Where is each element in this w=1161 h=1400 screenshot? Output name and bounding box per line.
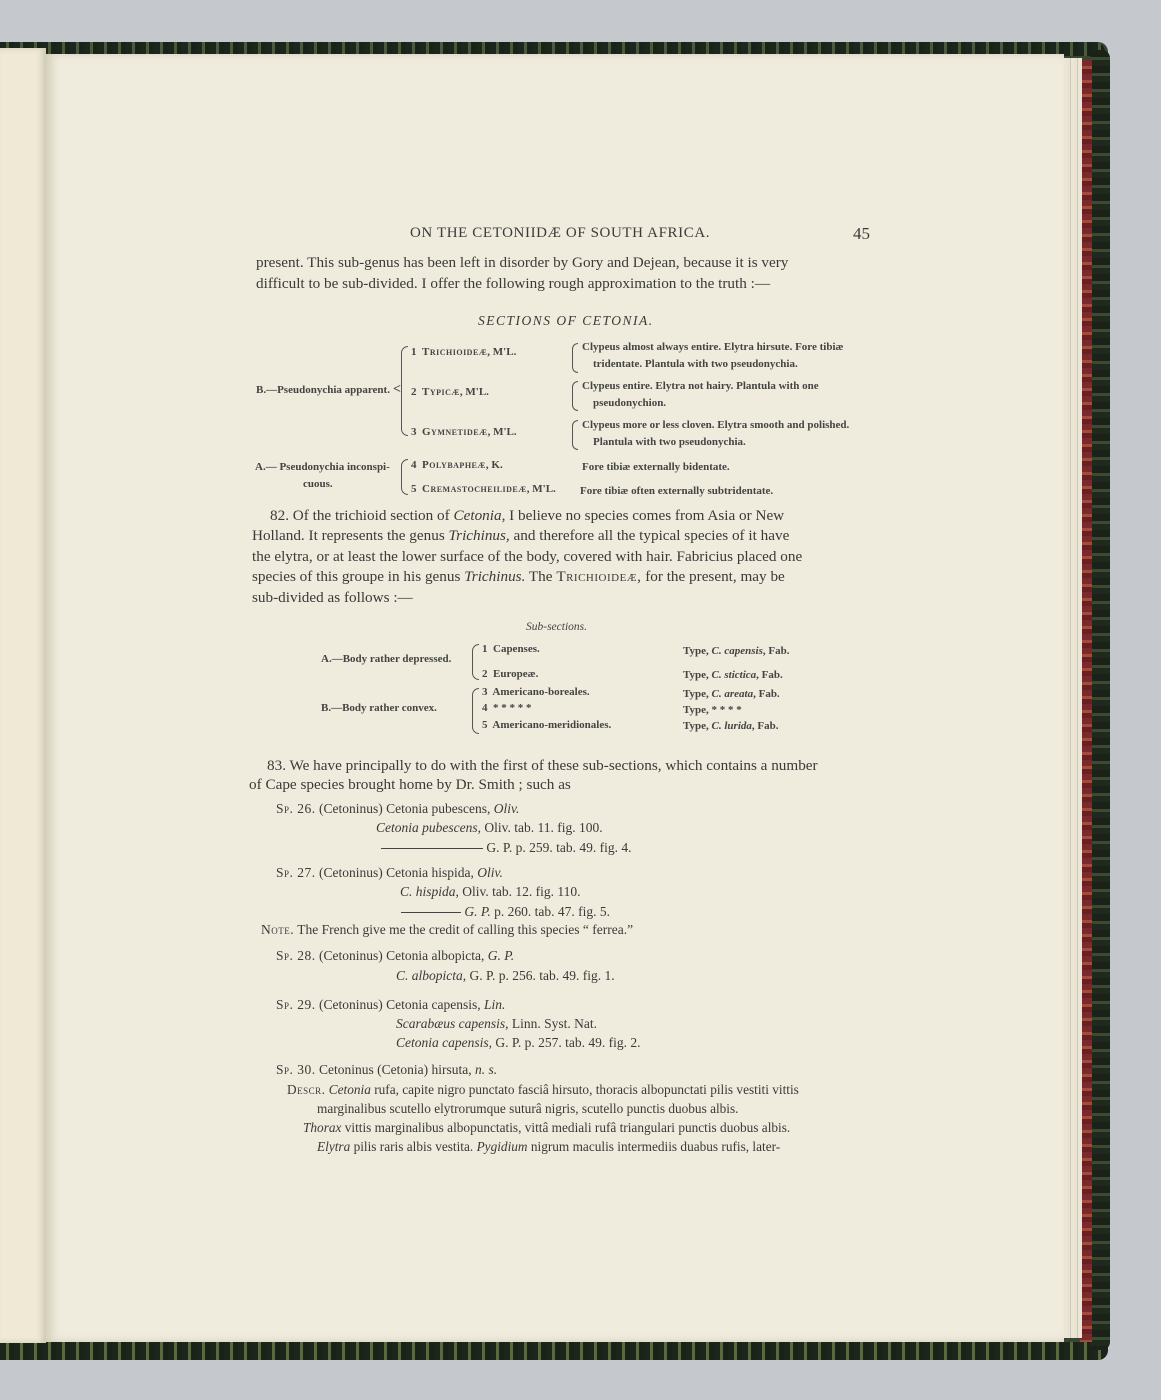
species-27-ref-2: G. P. p. 260. tab. 47. fig. 5.	[401, 902, 610, 922]
subsection-row-2: 2 Europeæ.	[482, 668, 538, 680]
species-27-note: Note. The French give me the credit of c…	[261, 920, 633, 940]
section-row-5: 5 Cremastocheilideæ, M'L.	[411, 483, 556, 495]
para83-line-1: 83. We have principally to do with the f…	[267, 756, 818, 776]
descr-line-2: marginalibus scutello elytrorumque sutur…	[317, 1099, 739, 1119]
group-a-label-1: A.— Pseudonychia inconspi-	[255, 461, 390, 473]
section-desc-2a: Clypeus entire. Elytra not hairy. Plantu…	[582, 380, 819, 392]
para82-line-4: species of this groupe in his genus Tric…	[252, 567, 785, 587]
page-number: 45	[853, 224, 870, 244]
section-row-2: 2 Typicæ, M'L.	[411, 386, 489, 398]
species-29-heading: Sp. 29. (Cetoninus) Cetonia capensis, Li…	[276, 995, 505, 1015]
subsection-row-4: 4 * * * * *	[482, 702, 532, 714]
brace-icon	[401, 346, 408, 436]
species-26-heading: Sp. 26. (Cetoninus) Cetonia pubescens, O…	[276, 799, 519, 819]
ditto-rule	[381, 848, 483, 849]
section-desc-4: Fore tibiæ externally bidentate.	[582, 461, 730, 473]
brace-point-icon: <	[393, 382, 401, 398]
subsections-title: Sub-sections.	[526, 621, 587, 633]
section-row-3: 3 Gymnetideæ, M'L.	[411, 426, 517, 438]
section-desc-1b: tridentate. Plantula with two pseudonych…	[593, 358, 798, 370]
section-desc-3a: Clypeus more or less cloven. Elytra smoo…	[582, 419, 849, 431]
section-desc-1a: Clypeus almost always entire. Elytra hir…	[582, 341, 843, 353]
section-desc-2b: pseudonychion.	[593, 397, 666, 409]
brace-icon	[572, 420, 578, 450]
book-cover-bottom-edge	[0, 1342, 1108, 1360]
species-29-ref-2: Cetonia capensis, G. P. p. 257. tab. 49.…	[396, 1033, 641, 1053]
brace-icon	[401, 459, 408, 495]
brace-icon	[572, 343, 578, 373]
ditto-rule	[401, 912, 461, 913]
species-30-heading: Sp. 30. Cetoninus (Cetonia) hirsuta, n. …	[276, 1060, 497, 1080]
group-a-label-2: cuous.	[303, 478, 333, 490]
subgroup-b-label: B.—Body rather convex.	[321, 702, 437, 714]
intro-line-2: difficult to be sub-divided. I offer the…	[256, 274, 770, 294]
subsection-row-1: 1 Capenses.	[482, 643, 540, 655]
subsection-type-3: Type, C. areata, Fab.	[683, 688, 780, 700]
species-28-ref-1: C. albopicta, G. P. p. 256. tab. 49. fig…	[396, 966, 615, 986]
subsection-row-3: 3 Americano-boreales.	[482, 686, 590, 698]
brace-icon	[472, 644, 479, 680]
subsection-type-2: Type, C. stictica, Fab.	[683, 669, 783, 681]
subsection-type-1: Type, C. capensis, Fab.	[683, 645, 789, 657]
section-desc-5: Fore tibiæ often externally subtridentat…	[580, 485, 773, 497]
descr-line-3: Thorax vittis marginalibus albopunctatis…	[303, 1118, 790, 1138]
brace-icon	[472, 688, 479, 734]
subsection-type-4: Type, * * * *	[683, 704, 742, 716]
descr-line-1: Descr. Cetonia rufa, capite nigro puncta…	[287, 1080, 799, 1100]
section-desc-3b: Plantula with two pseudonychia.	[593, 436, 746, 448]
group-b-label: B.—Pseudonychia apparent.	[256, 384, 390, 396]
brace-icon	[572, 381, 578, 411]
species-28-heading: Sp. 28. (Cetoninus) Cetonia albopicta, G…	[276, 946, 514, 966]
intro-line-1: present. This sub-genus has been left in…	[256, 253, 788, 273]
book-cover-right-edge	[1090, 50, 1110, 1350]
para82-line-3: the elytra, or at least the lower surfac…	[252, 547, 802, 567]
subsection-row-5: 5 Americano-meridionales.	[482, 719, 611, 731]
para82-line-2: Holland. It represents the genus Trichin…	[252, 526, 789, 546]
sections-title: SECTIONS OF CETONIA.	[478, 313, 654, 329]
para82-line-5: sub-divided as follows :—	[252, 588, 413, 608]
running-head: ON THE CETONIIDÆ OF SOUTH AFRICA.	[410, 225, 710, 242]
section-row-1: 1 Trichioideæ, M'L.	[411, 346, 516, 358]
species-26-ref-2: G. P. p. 259. tab. 49. fig. 4.	[381, 838, 632, 858]
subgroup-a-label: A.—Body rather depressed.	[321, 653, 451, 665]
section-row-4: 4 Polybapheæ, K.	[411, 459, 503, 471]
left-page	[0, 48, 46, 1343]
descr-line-4: Elytra pilis raris albis vestita. Pygidi…	[317, 1137, 780, 1157]
subsection-type-5: Type, C. lurida, Fab.	[683, 720, 778, 732]
para83-line-2: of Cape species brought home by Dr. Smit…	[249, 775, 571, 795]
species-26-ref-1: Cetonia pubescens, Oliv. tab. 11. fig. 1…	[376, 818, 603, 838]
species-29-ref-1: Scarabæus capensis, Linn. Syst. Nat.	[396, 1014, 597, 1034]
para82-line-1: 82. Of the trichioid section of Cetonia,…	[270, 506, 784, 526]
species-27-ref-1: C. hispida, Oliv. tab. 12. fig. 110.	[400, 882, 581, 902]
species-27-heading: Sp. 27. (Cetoninus) Cetonia hispida, Oli…	[276, 863, 503, 883]
